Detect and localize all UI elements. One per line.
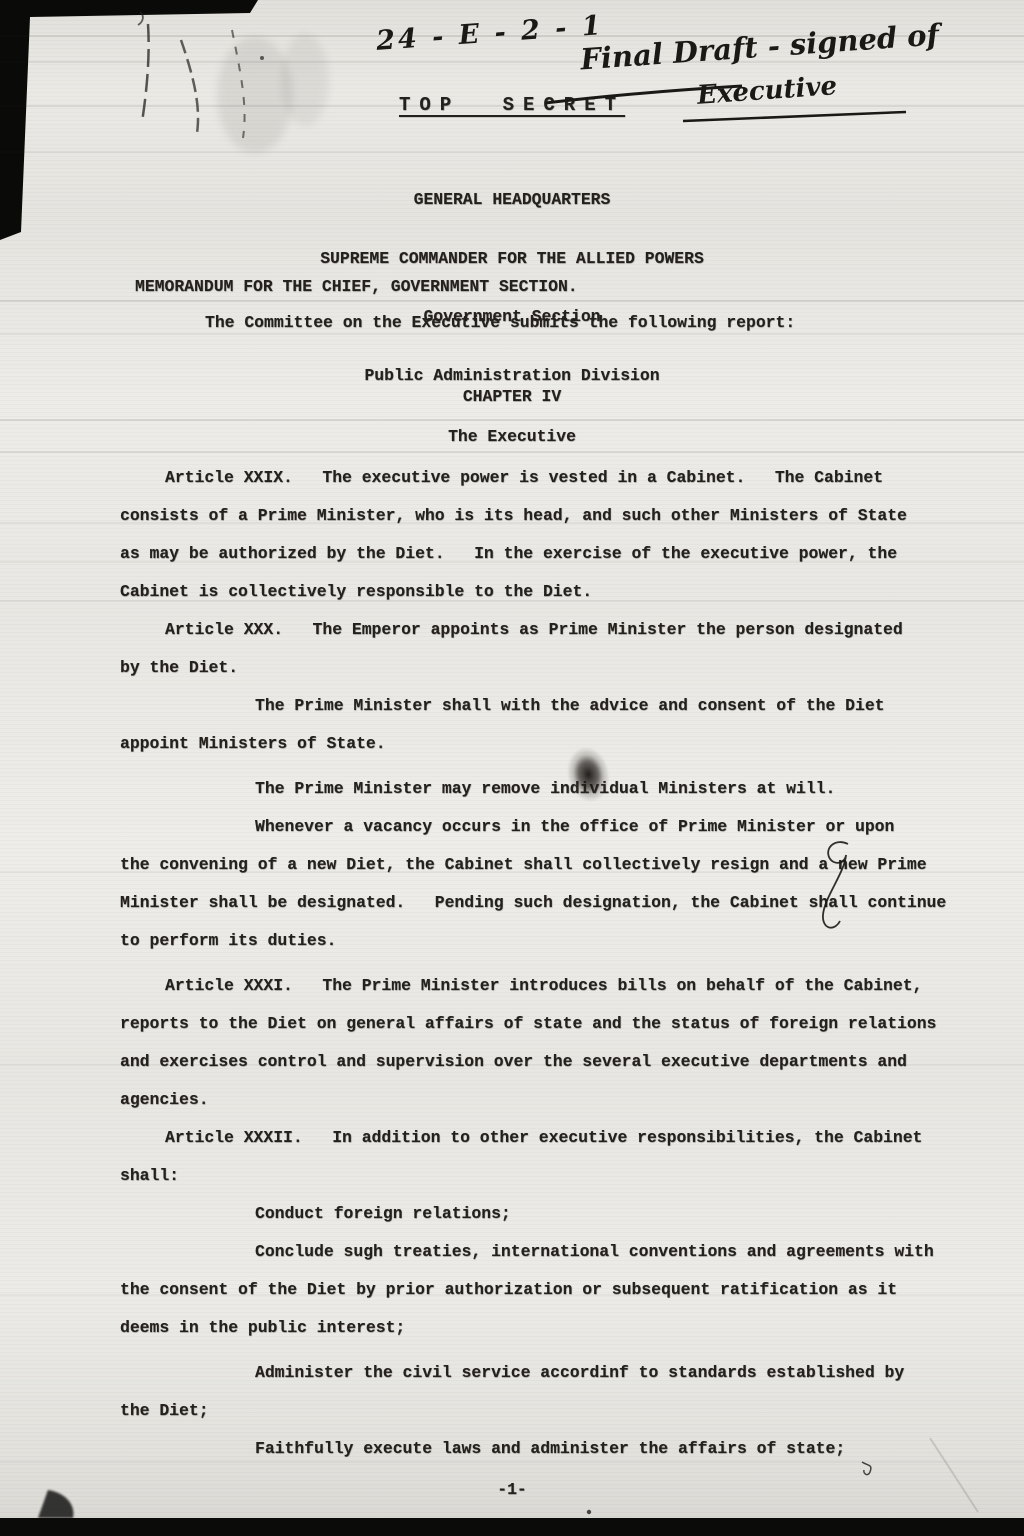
body-line: the consent of the Diet by prior authori…	[120, 1271, 950, 1309]
handwritten-note: Final Draft - signed of	[579, 18, 940, 77]
body-line: Article XXXI. The Prime Minister introdu…	[120, 967, 950, 1005]
fingerprint-smudges	[138, 12, 329, 153]
letterhead-line: Public Administration Division	[0, 366, 1024, 386]
body-line: The Prime Minister shall with the advice…	[120, 687, 950, 725]
body-line: Faithfully execute laws and administer t…	[120, 1430, 950, 1468]
memo-addressee: MEMORANDUM FOR THE CHIEF, GOVERNMENT SEC…	[135, 277, 578, 296]
chapter-subheading: The Executive	[0, 427, 1024, 446]
body-line: Administer the civil service accordinf t…	[120, 1354, 950, 1392]
body-line: The Prime Minister may remove individual…	[120, 770, 950, 808]
body-line: and exercises control and supervision ov…	[120, 1043, 950, 1081]
memo-intro: The Committee on the Executive submits t…	[205, 313, 795, 332]
body-line: consists of a Prime Minister, who is its…	[120, 497, 950, 535]
handwritten-file-number: 24 - E - 2 - 1	[375, 10, 604, 57]
body-line: by the Diet.	[120, 649, 950, 687]
body-lines: Article XXIX. The executive power is ves…	[120, 459, 950, 1468]
stray-dot	[587, 1510, 591, 1514]
body-line: Whenever a vacancy occurs in the office …	[120, 808, 950, 846]
body-line: Article XXX. The Emperor appoints as Pri…	[120, 611, 950, 649]
body-line: shall:	[120, 1157, 950, 1195]
body-line: the convening of a new Diet, the Cabinet…	[120, 846, 950, 884]
body-line: Article XXIX. The executive power is ves…	[120, 459, 950, 497]
classification-banner: TOP SECRET	[0, 94, 1024, 116]
body-line: the Diet;	[120, 1392, 950, 1430]
body-line: Minister shall be designated. Pending su…	[120, 884, 950, 922]
page-number: -1-	[0, 1480, 1024, 1499]
body-line: Conduct foreign relations;	[120, 1195, 950, 1233]
body-line: agencies.	[120, 1081, 950, 1119]
body-line: reports to the Diet on general affairs o…	[120, 1005, 950, 1043]
body-line: deems in the public interest;	[120, 1309, 950, 1347]
scan-band-bottom	[0, 1518, 1024, 1536]
document-page: 24 - E - 2 - 1 Final Draft - signed of E…	[0, 0, 1024, 1536]
body-line: Conclude sugh treaties, international co…	[120, 1233, 950, 1271]
body-line: as may be authorized by the Diet. In the…	[120, 535, 950, 573]
letterhead-line: GENERAL HEADQUARTERS	[0, 190, 1024, 210]
body-line: Article XXXII. In addition to other exec…	[120, 1119, 950, 1157]
chapter-heading: CHAPTER IV	[0, 387, 1024, 406]
body-line: to perform its duties.	[120, 922, 950, 960]
body-line: appoint Ministers of State.	[120, 725, 950, 763]
body-line: Cabinet is collectively responsible to t…	[120, 573, 950, 611]
letterhead-line: SUPREME COMMANDER FOR THE ALLIED POWERS	[0, 249, 1024, 269]
